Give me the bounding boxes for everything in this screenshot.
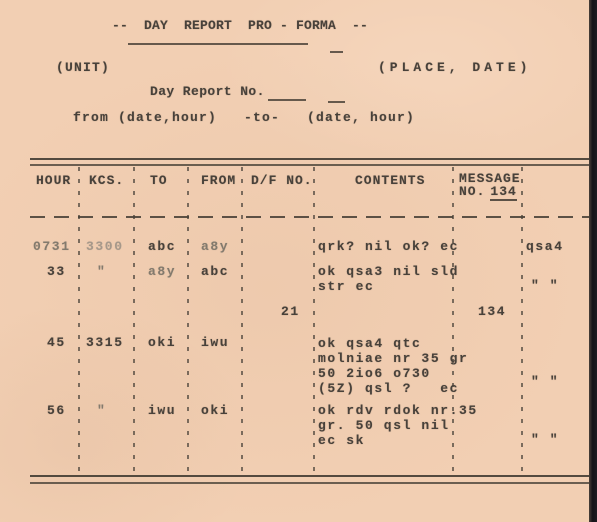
- message-no-value: 134: [490, 184, 516, 201]
- col-header-kcs: KCS.: [89, 174, 124, 187]
- cell-df-no: 21: [281, 305, 300, 318]
- report-no-label: Day Report No.: [150, 85, 265, 98]
- cell-remarks: " ": [531, 375, 559, 388]
- cell-from: oki: [201, 404, 229, 417]
- title-underline: [128, 43, 308, 45]
- cell-contents: 50 2io6 o730: [318, 367, 431, 380]
- header-dashed-rule: [30, 216, 592, 218]
- unit-label: (UNIT): [56, 61, 110, 74]
- cell-hour: 0731: [33, 240, 71, 253]
- cell-remarks: " ": [531, 279, 559, 292]
- cell-hour: 56: [47, 404, 66, 417]
- cell-remarks: qsa4: [526, 240, 564, 253]
- table-top-rule-2: [30, 164, 592, 166]
- col-header-contents: CONTENTS: [355, 174, 425, 187]
- period-line: from (date,hour) -to- (date, hour): [73, 111, 415, 124]
- cell-from: abc: [201, 265, 229, 278]
- message-no-prefix: NO.: [459, 184, 485, 199]
- col-header-to: TO: [150, 174, 168, 187]
- col-separator-5: [313, 167, 315, 473]
- cell-hour: 45: [47, 336, 66, 349]
- scan-edge-strip: [589, 0, 597, 522]
- cell-contents: ok qsa3 nil sld: [318, 265, 459, 278]
- cell-kcs: ": [97, 404, 106, 417]
- col-header-message-line2: NO.134: [459, 185, 517, 198]
- cell-contents: (5Z) qsl ? ec: [318, 382, 459, 395]
- cell-to: oki: [148, 336, 176, 349]
- form-title: -- DAY REPORT PRO - FORMA --: [112, 19, 368, 32]
- col-separator-1: [78, 167, 80, 473]
- day-report-form: -- DAY REPORT PRO - FORMA -- (UNIT) (PLA…: [0, 0, 597, 522]
- cell-from: iwu: [201, 336, 229, 349]
- cell-to: a8y: [148, 265, 176, 278]
- cell-message-no: 134: [478, 305, 506, 318]
- col-separator-6: [452, 167, 454, 473]
- cell-hour: 33: [47, 265, 66, 278]
- cell-contents: gr. 50 qsl nil: [318, 419, 450, 432]
- cell-kcs: 3315: [86, 336, 124, 349]
- cell-contents: ok qsa4 qtc: [318, 337, 421, 350]
- cell-contents: str ec: [318, 280, 374, 293]
- cell-contents: ok rdv rdok nr.35: [318, 404, 478, 417]
- stray-dash-mark: [330, 51, 343, 53]
- col-header-hour: HOUR: [36, 174, 71, 187]
- col-separator-3: [187, 167, 189, 473]
- cell-to: abc: [148, 240, 176, 253]
- report-no-blank-line: [268, 99, 306, 101]
- report-no-blank-line-2: [328, 101, 345, 103]
- table-bottom-rule-1: [30, 475, 592, 477]
- col-separator-4: [241, 167, 243, 473]
- cell-contents: ec sk: [318, 434, 365, 447]
- cell-kcs: 3300: [86, 240, 124, 253]
- cell-kcs: ": [97, 265, 106, 278]
- col-separator-2: [133, 167, 135, 473]
- col-header-df-no: D/F NO.: [251, 174, 313, 187]
- cell-contents: molniae nr 35 gr: [318, 352, 468, 365]
- table-bottom-rule-2: [30, 482, 592, 484]
- cell-contents: qrk? nil ok? ec: [318, 240, 459, 253]
- cell-remarks: " ": [531, 433, 559, 446]
- place-date-label: (PLACE, DATE): [378, 61, 531, 74]
- cell-from: a8y: [201, 240, 229, 253]
- table-top-rule-1: [30, 158, 592, 160]
- cell-to: iwu: [148, 404, 176, 417]
- col-header-from: FROM: [201, 174, 236, 187]
- col-separator-7: [521, 167, 523, 473]
